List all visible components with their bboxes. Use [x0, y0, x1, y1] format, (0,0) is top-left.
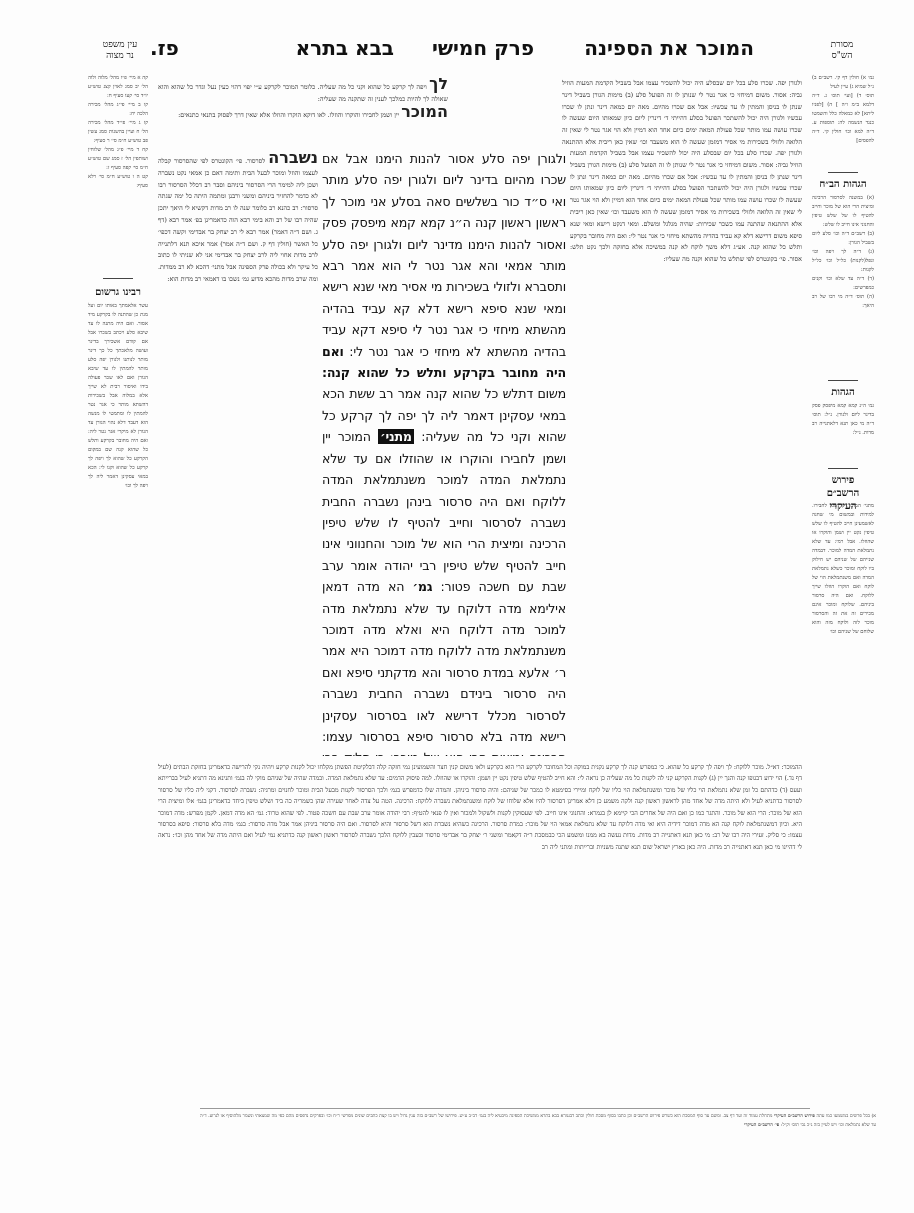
ein-mishpat-entry: קח ד מיי׳ פ״ג מהל׳ שלוחין ושותפין הל׳ ז …	[88, 146, 148, 173]
hagahot-habach-title: הגהות הב״ח	[812, 178, 874, 191]
footer-rule	[200, 1108, 810, 1109]
chapter-label: פרק חמישי	[432, 36, 534, 60]
habach-entry: (ד) ד״ה עד שלא וכו׳ וקנים כמפרשים:	[812, 275, 874, 293]
footer-perush-label-1: פירוש הרשב״ם העיקרי	[774, 1114, 815, 1119]
ein-mishpat-title-1: עין משפט	[90, 40, 150, 51]
rashbam-top: לך ויפה לך קרקע כל שהוא וקני כל מה שעליה…	[158, 78, 448, 150]
habach-entry: (ג) ד״ה לך ויפה וכו׳ ונפל(לקנות) כל״ל וכ…	[812, 248, 874, 275]
gemara-line: משום דתלש כל שהוא קנה אמר רב ששת	[345, 386, 566, 401]
ein-mishpat-entry: קו ב מיי׳ פי״ג מהל׳ מכירה הלכה יח:	[88, 101, 148, 119]
ornament-divider	[88, 276, 148, 280]
ein-mishpat-title-2: נר מצוה	[90, 51, 150, 62]
tractate-title: בבא בתרא	[296, 36, 394, 60]
habach-entry: (ב) רשב״ם ד״ה וכו׳ סלע ליום בשביל הגורן:	[812, 230, 874, 248]
footer-perush-label-2: פי׳ הרשב״ם העיקרי	[744, 1123, 779, 1128]
hagahot-habach-column: (א) במשנה לסרסור הרבינה ומיצית הרי הוא ש…	[812, 194, 874, 374]
rabbeinu-gershom-text: עשר אלאמתך באותו יום ועל מנת כן שהתנה לו…	[88, 302, 148, 1042]
daf-number: פז.	[150, 36, 179, 60]
rashbam-dibbur-lach: לך	[429, 78, 448, 93]
gemara-marker: גמ׳	[413, 579, 433, 594]
masoret-title-1: מסורת	[812, 40, 872, 51]
rashbam-dibbur-nishbera: נשברה	[268, 152, 318, 167]
bottom-rashbam-continuation: ההמוכר: דא״ל. מוכר ללוקח: לך ויפה לך קרק…	[158, 762, 802, 1092]
masoret-entry: גמ׳ א) חולין דף קי. רשב״ם ב) נ״ל שמיא ג)…	[812, 74, 874, 92]
masoret-heading: מסורת הש"ס	[812, 40, 872, 62]
matni-marker: מתני׳	[378, 429, 414, 444]
ein-mishpat-entry: קט ה ו טוש״ע ח״מ סי׳ רלא סעיף:	[88, 173, 148, 191]
rabbeinu-gershom-title: רבינו גרשום	[88, 286, 148, 299]
ornament-divider	[812, 170, 874, 174]
ornament-divider	[812, 378, 874, 382]
gemara-text: הא מדה דמאן אילימא מדה דלוקח עד שלא נתמל…	[322, 579, 566, 756]
hagahot-title: הגהות	[812, 386, 874, 399]
ein-mishpat-column: קה א מיי׳ פ״ו מהל׳ מלוה ולוה הל׳ יב סמג …	[88, 74, 148, 274]
tosafot-top: ולגורן יפה. שכרו סלע בכל יום שבסלע היה י…	[562, 78, 802, 148]
masoret-entry: תוס׳ ד) [ועי׳ תוס׳ ג. ד״ה דלמא ב״מ ו״ה ]…	[812, 92, 874, 146]
gemara-main-text: ולגורן יפה סלע אסור להנות הימנו אבל אם ש…	[322, 148, 566, 756]
gemara-line: ולגורן יפה סלע אסור להנות הימנו	[368, 151, 566, 166]
ein-mishpat-entry: קה א מיי׳ פ״ו מהל׳ מלוה ולוה הל׳ יב סמג …	[88, 74, 148, 101]
rashbam-text-body: לסרסור. פי׳ הקונטרס לפי שהסרסור קבלה לעצ…	[158, 157, 318, 283]
rashbam-text-mid: יין ושמן לחבירו והוקרו והוזלו. לאו דוקא …	[178, 111, 399, 119]
mishnah-text: המוכר יין ושמן לחבירו והוקרו או שהוזלו א…	[322, 429, 566, 594]
rashbam-dibbur-hamocher: המוכר	[401, 102, 448, 121]
footer-notes: א) בכל פרשים במשמעו כמו עתה פירוש הרשב״ם…	[200, 1112, 876, 1158]
perush-title-1: פירוש	[812, 474, 874, 487]
gemara-line: אבל אם שכרו מהיום בדינר ליום ולגורן יפה …	[322, 151, 566, 359]
ein-mishpat-entry: קז ג מיי׳ פי״ד מהל׳ מכירה הל׳ ח ועיין בה…	[88, 119, 148, 146]
masoret-title-2: הש"ס	[812, 51, 872, 62]
chapter-name: המוכר את הספינה	[584, 36, 754, 60]
perush-rashbam-text: מתני׳ המוכר יין ושמן לחבירו. למידות ובמש…	[812, 502, 874, 1042]
habach-entry: (א) במשנה לסרסור הרבינה ומיצית הרי הוא ש…	[812, 194, 874, 230]
masoret-hashas-column: גמ׳ א) חולין דף קי. רשב״ם ב) נ״ל שמיא ג)…	[812, 74, 874, 174]
rashbam-text-top: ויפה לך קרקע כל שהוא וקני כל מה שעליה. כ…	[158, 83, 448, 103]
footer-note-1: א) בכל פרשים במשמעו כמו עתה	[816, 1114, 876, 1119]
ein-mishpat-heading: עין משפט נר מצוה	[90, 40, 150, 62]
habach-entry: (ה) תוס׳ ד״ה מי רבו של רב היאך:	[812, 293, 874, 311]
tosafot-column: ולגורן יפה. שכרו סלע בכל יום שבסלע היה י…	[570, 148, 802, 756]
ornament-divider	[812, 466, 874, 470]
hagahot-text: גמ׳ ה״נ קמא קמא מיפסק פסק בדינר ליום ולג…	[812, 402, 874, 462]
rashbam-column: נשברה לסרסור. פי׳ הקונטרס לפי שהסרסור קב…	[158, 152, 318, 756]
